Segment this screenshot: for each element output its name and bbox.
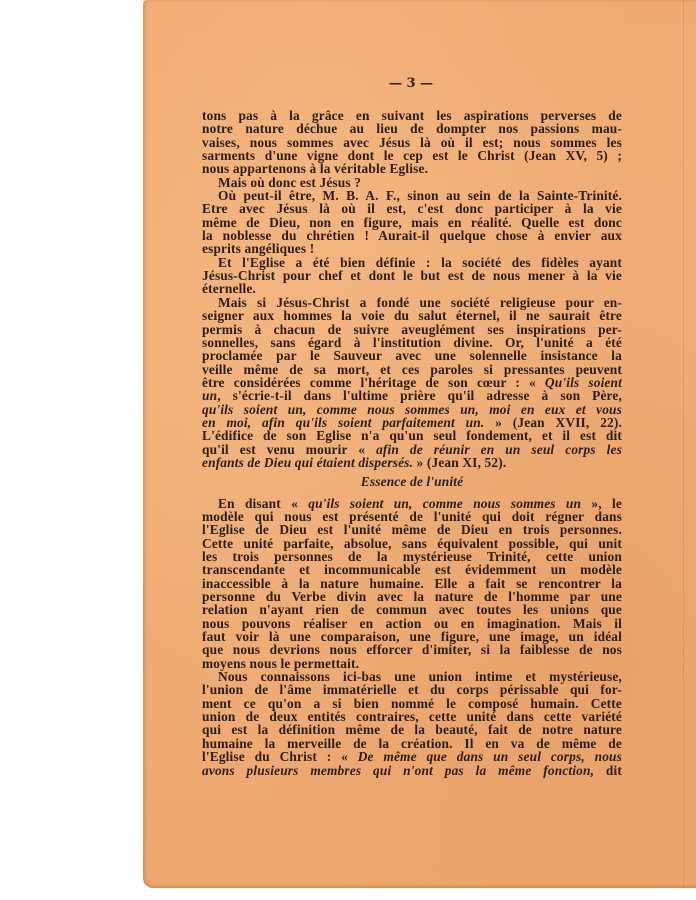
text-line: moyens nous le permettait. bbox=[202, 657, 622, 670]
text-run: Jésus-Christ pour chef et dont le but es… bbox=[202, 268, 622, 283]
text-line: nous appartenons à la véritable Eglise. bbox=[202, 162, 622, 175]
text-line: tons pas à la grâce en suivant les aspir… bbox=[202, 109, 622, 122]
text-line: veille même de sa mort, et ces paroles s… bbox=[202, 363, 622, 376]
text-line: personne du Verbe divin avec la nature d… bbox=[202, 590, 622, 603]
text-line: qui est la définition même de la beauté,… bbox=[202, 723, 622, 736]
text-run: dit bbox=[594, 763, 622, 778]
text-line: faut voir là une comparaison, une figure… bbox=[202, 630, 622, 643]
text-line: Et l'Eglise a été bien définie : la soci… bbox=[202, 256, 622, 269]
text-line: humaine la merveille de la création. Il … bbox=[202, 737, 622, 750]
text-line: permis à chacun de suivre aveuglément se… bbox=[202, 323, 622, 336]
text-line: Où peut-il être, M. B. A. F., sinon au s… bbox=[202, 189, 622, 202]
text-line: la noblesse du chrétien ! Aurait-il quel… bbox=[202, 229, 622, 242]
text-line: L'édifice de son Eglise n'a qu'un seul f… bbox=[202, 429, 622, 442]
text-line: notre nature déchue au lieu de dompter n… bbox=[202, 122, 622, 135]
text-line: Mais si Jésus-Christ a fondé une société… bbox=[202, 296, 622, 309]
text-line: nous pouvons réaliser en action ou en im… bbox=[202, 617, 622, 630]
paper-fold-crease bbox=[683, 0, 684, 888]
text-line: modèle qui nous est présenté de l'unité … bbox=[202, 510, 622, 523]
text-line: seigner aux hommes la voie du salut éter… bbox=[202, 309, 622, 322]
text-line: éternelle. bbox=[202, 282, 622, 295]
text-line: être considérées comme l'héritage de son… bbox=[202, 376, 622, 389]
text-line: union de deux entités contraires, cette … bbox=[202, 710, 622, 723]
text-section-intro: tons pas à la grâce en suivant les aspir… bbox=[202, 109, 622, 469]
text-line: Nous connaissons ici-bas une union intim… bbox=[202, 670, 622, 683]
text-line: inaccessible à la nature humaine. Elle a… bbox=[202, 577, 622, 590]
text-line: en moi, afin qu'ils soient parfaitement … bbox=[202, 416, 622, 429]
text-line: vaises, nous sommes avec Jésus là où il … bbox=[202, 136, 622, 149]
text-line: Jésus-Christ pour chef et dont le but es… bbox=[202, 269, 622, 282]
text-line: que nous devrions nous efforcer d'imiter… bbox=[202, 643, 622, 656]
text-line: l'Eglise de Dieu est l'unité même de Die… bbox=[202, 523, 622, 536]
text-line: même de Dieu, non en figure, mais en réa… bbox=[202, 216, 622, 229]
text-section-essence-unite: En disant « qu'ils soient un, comme nous… bbox=[202, 497, 622, 777]
text-line: un, s'écrie-t-il dans l'ultime prière qu… bbox=[202, 389, 622, 402]
text-line: qu'ils soient un, comme nous sommes un, … bbox=[202, 403, 622, 416]
italic-quote: enfants de Dieu qui étaient dispersés. bbox=[202, 455, 413, 470]
text-line: transcendante et incommunicable est évid… bbox=[202, 563, 622, 576]
text-line: qu'il est venu mourir « afin de réunir e… bbox=[202, 443, 622, 456]
text-line: relation n'ayant rien de commun avec tou… bbox=[202, 603, 622, 616]
text-line: ment ce qu'on a si bien nommé le composé… bbox=[202, 697, 622, 710]
text-line: l'Eglise du Christ : « De même que dans … bbox=[202, 750, 622, 763]
italic-quote: avons plusieurs membres qui n'ont pas la… bbox=[202, 763, 594, 778]
text-run: » (Jean XI, 52). bbox=[413, 455, 506, 470]
text-line: l'union de l'âme immatérielle et du corp… bbox=[202, 683, 622, 696]
text-line: sarments d'une vigne dont le cep est le … bbox=[202, 149, 622, 162]
text-line: proclamée par le Sauveur avec une solenn… bbox=[202, 349, 622, 362]
text-line: avons plusieurs membres qui n'ont pas la… bbox=[202, 764, 622, 777]
text-line: enfants de Dieu qui étaient dispersés. »… bbox=[202, 456, 622, 469]
section-heading: Essence de l'unité bbox=[202, 475, 622, 488]
text-line: les trois personnes de la mystérieuse Tr… bbox=[202, 550, 622, 563]
body-text: tons pas à la grâce en suivant les aspir… bbox=[202, 109, 622, 777]
text-line: En disant « qu'ils soient un, comme nous… bbox=[202, 497, 622, 510]
page-number: — 3 — bbox=[131, 76, 691, 91]
text-line: sonnelles, sans égard à l'institution di… bbox=[202, 336, 622, 349]
text-line: Mais où donc est Jésus ? bbox=[202, 176, 622, 189]
text-line: Cette unité parfaite, absolue, sans équi… bbox=[202, 537, 622, 550]
text-line: esprits angéliques ! bbox=[202, 242, 622, 255]
text-line: Etre avec Jésus là où il est, c'est donc… bbox=[202, 202, 622, 215]
